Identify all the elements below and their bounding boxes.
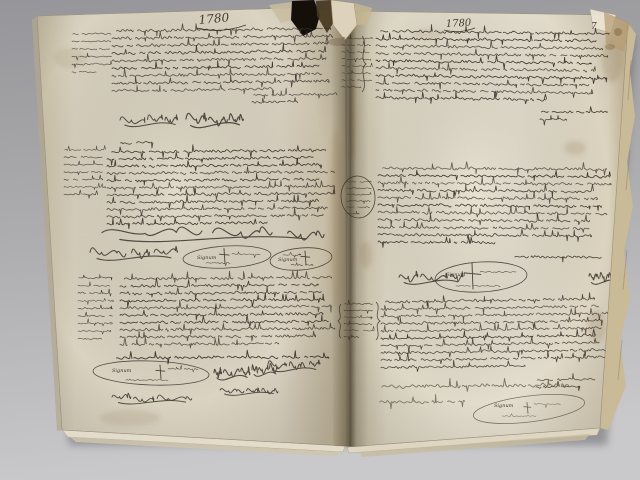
left-year-heading: 1780 — [198, 10, 230, 27]
signum-label: Signum — [278, 257, 298, 263]
signum-label: Signum — [446, 272, 466, 278]
gutter-shadow — [331, 9, 368, 447]
book: 1780 1780 7 SignumSignumSignumSignumSign… — [30, 0, 636, 459]
scanned-manuscript-page: 1780 1780 7 SignumSignumSignumSignumSign… — [0, 0, 640, 480]
right-year-heading: 1780 — [446, 18, 473, 30]
signum-label: Signum — [494, 403, 514, 409]
signum-label: Signum — [112, 368, 132, 374]
signum-label: Signum — [197, 255, 217, 261]
scan-image: 1780 1780 7 SignumSignumSignumSignumSign… — [0, 0, 640, 480]
